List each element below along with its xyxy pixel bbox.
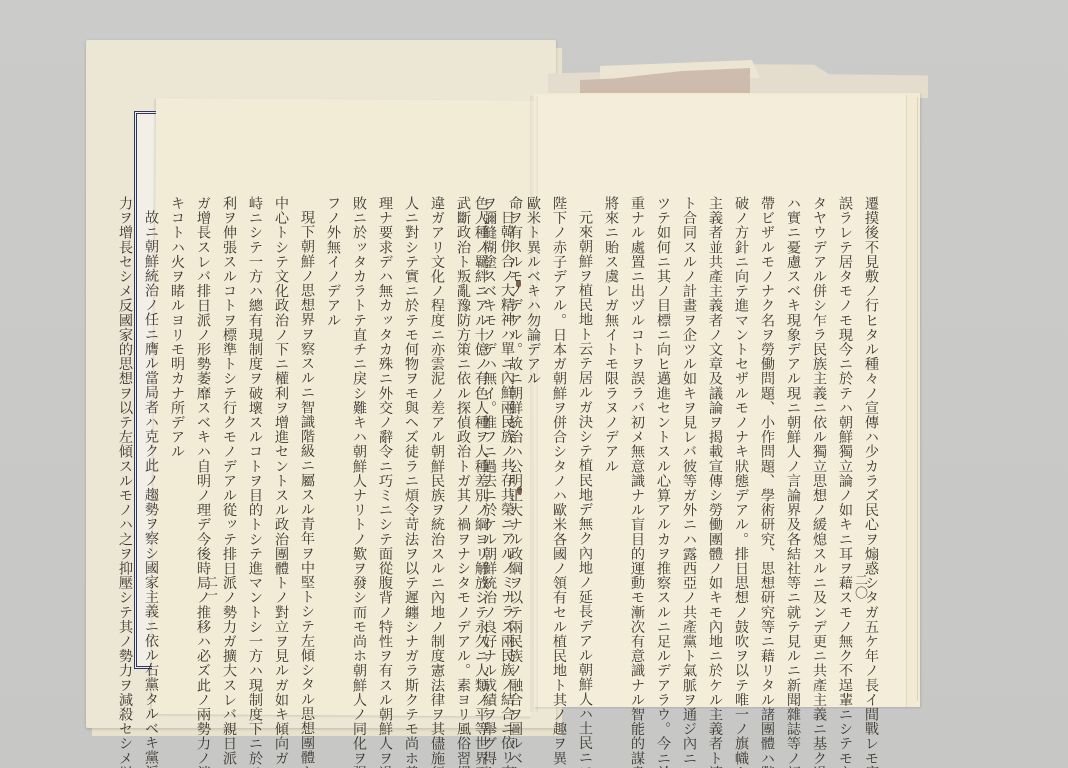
page-number-right: 二〇	[850, 573, 869, 599]
text-column: 遷摸後不見敷ノ行ヒタル種々ノ宣傳ハ少カラズ民心ヲ煽惑シタガ五ケ年ノ長イ間戰レモ底…	[858, 196, 884, 676]
text-column: 利ヲ伸張スルコトヲ標準トシテ行クモノデアル從ッテ排日派ノ勢力ガ擴大スレバ親日派ノ…	[216, 196, 242, 676]
text-column: ツテ如何ニ其ノ目標ニ向ヒ邁進セントスル心算アルカヲ推察スルニ足ルデアラウ。今ニ於…	[650, 196, 676, 676]
text-column: 元來朝鮮ヲ植民地ト云テ居ルガ決シテ植民地デ無ク內地ノ延長デアル朝鮮人ハ土民ニアラ…	[572, 196, 598, 676]
text-column: 命ヲ有スルモノデアル。故ニ朝鮮統治ハ公明正大ナル政綱ヲ以テ兩民族ノ融合ヲ圖ルベク…	[502, 196, 528, 676]
text-column: ヲ彌縫糊塗スベキモノデハ無イ。惟フニ過去ニ於ケル朝鮮統治ノ良好ナル成績ヲ舉グ得ナ…	[476, 196, 502, 676]
text-column: 力ヲ增長セシメ反國家的思想ヲ以テ左傾スルモノハ之ヲ抑壓シテ其ノ勢力ヲ減殺セシメ以…	[112, 196, 138, 676]
left-page-text: 命ヲ有スルモノデアル。故ニ朝鮮統治ハ公明正大ナル政綱ヲ以テ兩民族ノ融合ヲ圖ルベク…	[203, 196, 528, 676]
text-column: 違ガアリ文化ノ程度ニ亦雲泥ノ差アル朝鮮民族ヲ統治スルニ內地ノ制度憲法律ヲ其儘施行…	[424, 196, 450, 676]
text-column: 主義者並共產主義者ノ文章及議論ヲ揭載宣傳シ勞働團體ノ如キモ內地ニ於ケル主義者ト連…	[702, 196, 728, 676]
text-column: 中心トシテ文化政治ノ下ニ權利ヲ增進セントスル政治團體トノ對立ヲ見ルガ如キ傾向ガア…	[268, 196, 294, 676]
text-column: ガ增長スレバ排日派ノ形勢萎靡スベキハ自明ノ理デ今後時局ノ推移ハ必ズ此ノ兩勢力ノ消…	[190, 196, 216, 676]
text-column: タヤウデアル併シ乍ラ民族主義ニ依ル獨立思想ノ緩熄スルニ及ンデ更ニ共產主義ニ基ク過…	[806, 196, 832, 676]
text-column: 故ニ朝鮮統治ノ任ニ膺ル當局者ハ克ク此ノ趨勢ヲ察シ國家主義ニ依ル右黨タルベキ黨派ハ…	[138, 196, 164, 676]
page-number-left: 二一	[200, 575, 219, 601]
text-column: 誤ラレテ居タモノモ現今ニ於テハ朝鮮獨立論ノ如キニ耳ヲ藉スモノ無ク不逞輩ニシテモ之…	[832, 196, 858, 676]
text-column: 重ナル處置ニ出ヅルコトヲ誤ラバ初メ無意識ナル盲目的運動モ漸次有意識ナル智能的謀畫…	[624, 196, 650, 676]
right-page-text: 遷摸後不見敷ノ行ヒタル種々ノ宣傳ハ少カラズ民心ヲ煽惑シタガ五ケ年ノ長イ間戰レモ底…	[549, 196, 884, 676]
text-column: 現下朝鮮ノ思想界ヲ察スルニ智識階級ニ屬スル青年ヲ中堅トシテ左傾シタル思想團體ト有…	[294, 196, 320, 676]
text-column: ハ實ニ憂慮スベキ現象デアル現ニ朝鮮人ノ言論界及各結社等ニ就テ見ルニ新聞雜誌等ノ記…	[780, 196, 806, 676]
text-column: 破ノ方針ニ向テ進マントセザルモノナキ狀態デアル。排日思想ノ鼓吹ヲ以テ唯一ノ旗幟ト…	[728, 196, 754, 676]
text-column: フノ外無イノデアル	[320, 196, 346, 676]
text-column: 帶ビザルモノナク名ヲ勞働問題、小作問題、學術研究、思想研究等ニ藉リタル諸團體ハ階…	[754, 196, 780, 676]
text-column: キコトハ火ヲ睹ルヨリモ明カナ所デアル	[164, 196, 190, 676]
text-column: 將來ニ貽ス虞レガ無イトモ限ラヌノデアル	[598, 196, 624, 676]
text-column: 陛下ノ赤子デアル。日本ガ朝鮮ヲ併合シタノハ歐米各國ノ領有セル植民地ト其ノ趣ヲ異ニ…	[546, 196, 572, 676]
text-column: 理ナ要求デハ無カッタカ殊ニ外交ノ辭令ニ巧ミニシテ面從腹背ノ特性ヲ有スル朝鮮人ヲ過…	[372, 196, 398, 676]
text-column: 峙ニシテ一方ハ總有現制度ヲ破壞スルコトヲ目的トシテ進マントシ一方ハ現制度下ニ於テ…	[242, 196, 268, 676]
text-column: 人ニ對シテ實ニ於テモ何物ヲモ與ヘズ徒ラニ煩令苛法ヲ以テ遲纏シナガラ斯クテモ尚ホ善…	[398, 196, 424, 676]
text-column: ト合同スルノ計畫ヲ企ツル如キヲ見レバ彼等ガ外ニハ露西亞ノ共產黨ト氣脈ヲ通ジ內ニハ…	[676, 196, 702, 676]
text-column: 敗ニ於ッタカラトテ直チニ戾シ難キハ朝鮮人ナリトノ歎ヲ發シ而モ尚ホ朝鮮人ノ同化ヲ强…	[346, 196, 372, 676]
text-column: 武斷政治ト叛亂豫防方策ニ依ル探偵政治トガ其ノ禍ヲナシタモノデアル。素ヨリ風俗習慣…	[450, 196, 476, 676]
